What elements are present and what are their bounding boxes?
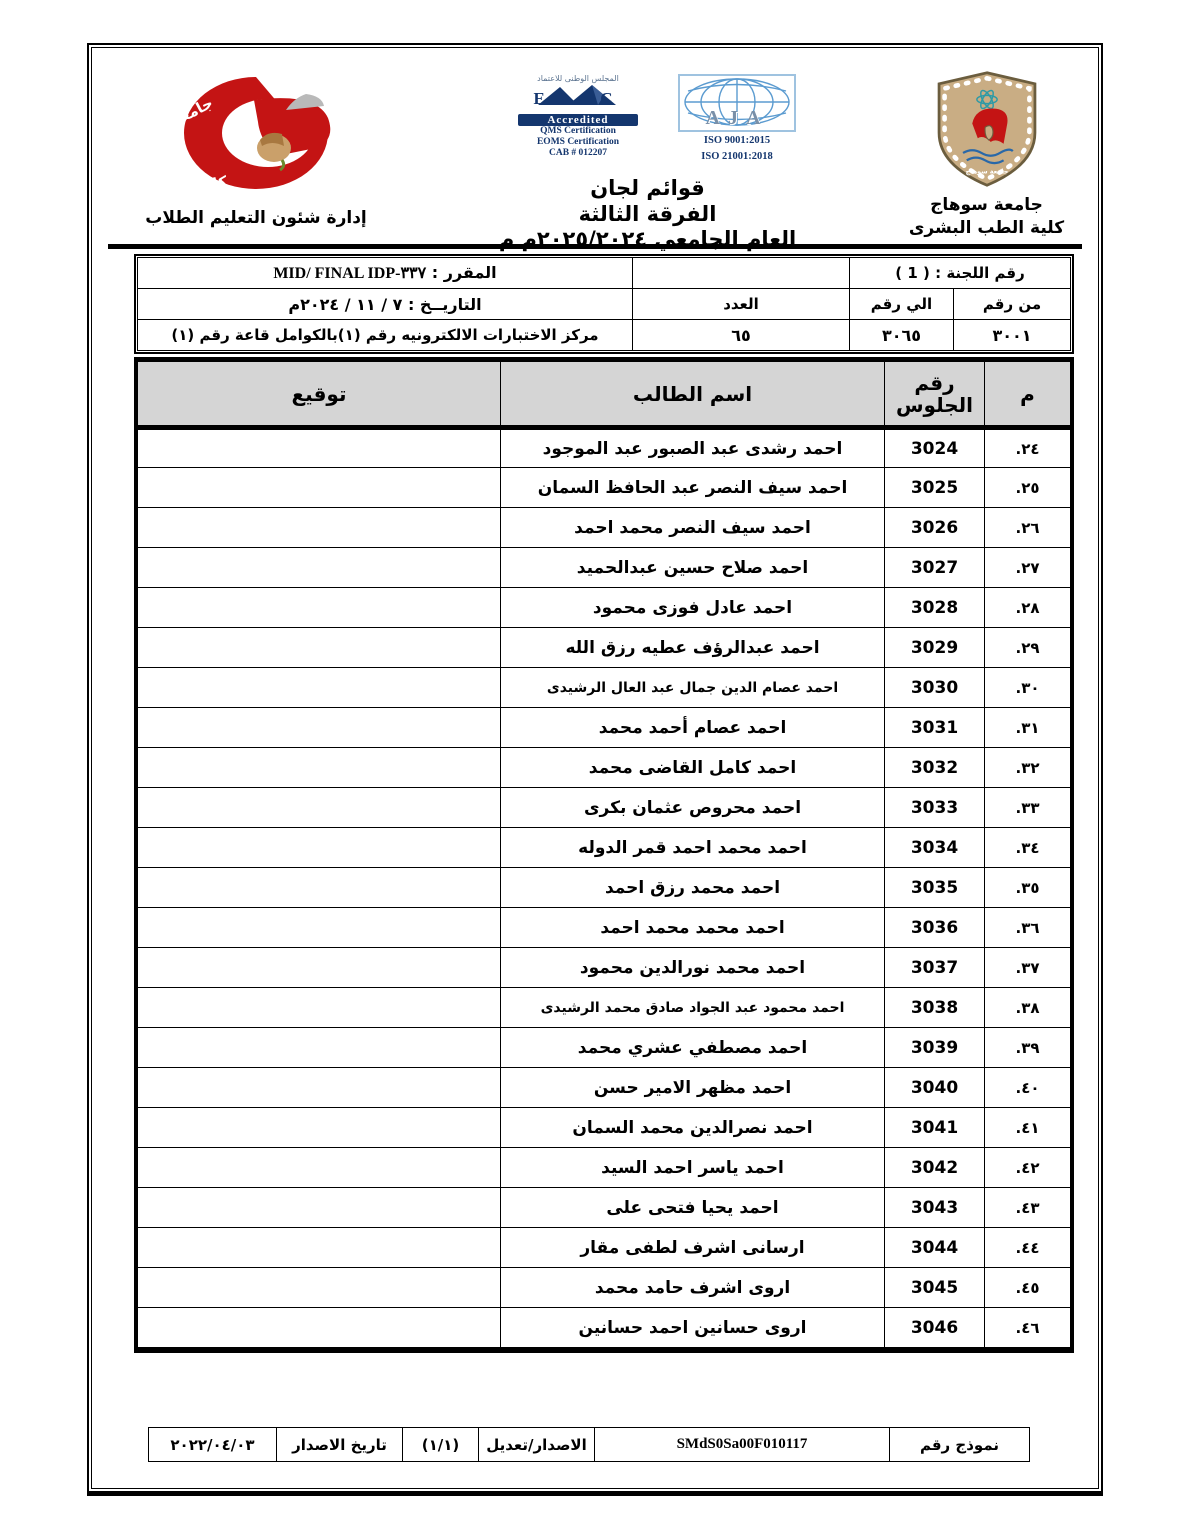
from-number-value: ٣٠٠١ — [954, 320, 1071, 351]
department-block: جامعة سوهاج كلية الطب إدارة شئون التعليم… — [106, 56, 406, 244]
signature-cell — [138, 1188, 501, 1228]
table-row: ٤٦. 3046 اروى حسانين احمد حسانين — [138, 1308, 1071, 1348]
table-row: ٣٣. 3033 احمد محروص عثمان بكرى — [138, 788, 1071, 828]
student-name: احمد محروص عثمان بكرى — [501, 788, 885, 828]
seat-number: 3045 — [885, 1268, 985, 1308]
row-index: ٤٢. — [985, 1148, 1071, 1188]
svg-text:كلية الطب: كلية الطب — [156, 172, 229, 200]
row-index: ٢٧. — [985, 548, 1071, 588]
student-name: احمد ياسر احمد السيد — [501, 1148, 885, 1188]
row-index: ٣٧. — [985, 948, 1071, 988]
issue-date-label: تاريخ الاصدار — [277, 1428, 403, 1462]
certification-logos: المجلس الوطنى للاعتماد EGAC Accredited Q… — [496, 74, 800, 174]
col-header-seat: رقم الجلوس — [885, 362, 985, 428]
exam-location: مركز الاختبارات الالكترونيه رقم (١)بالكو… — [138, 320, 633, 351]
row-index: ٣٠. — [985, 668, 1071, 708]
table-row: ٣١. 3031 احمد عصام أحمد محمد — [138, 708, 1071, 748]
egac-accredited-ribbon: Accredited — [518, 114, 638, 126]
seat-number: 3039 — [885, 1028, 985, 1068]
aja-letters: AJA — [680, 107, 794, 130]
student-name: احمد عصام أحمد محمد — [501, 708, 885, 748]
table-row: ٣٨. 3038 احمد محمود عبد الجواد صادق محمد… — [138, 988, 1071, 1028]
issue-label: الاصدار/تعديل — [479, 1428, 595, 1462]
empty-cell — [633, 258, 850, 289]
seat-number: 3035 — [885, 868, 985, 908]
signature-cell — [138, 1268, 501, 1308]
issue-value: (١/١) — [403, 1428, 479, 1462]
student-name: احمد محمد محمد احمد — [501, 908, 885, 948]
row-index: ٣٣. — [985, 788, 1071, 828]
signature-cell — [138, 1308, 501, 1348]
exam-date: التاريــخ : ٧ / ١١ / ٢٠٢٤م — [138, 289, 633, 320]
course-cell: المقرر : MID/ FINAL IDP-٣٣٧ — [138, 258, 633, 289]
faculty-name: كلية الطب البشرى — [889, 217, 1084, 240]
seat-number: 3033 — [885, 788, 985, 828]
egac-cert-line: CAB # 012207 — [496, 148, 661, 159]
count-value: ٦٥ — [633, 320, 850, 351]
egac-mountains-icon: EGAC — [508, 83, 648, 109]
row-index: ٢٥. — [985, 468, 1071, 508]
student-name: احمد سيف النصر عبد الحافظ السمان — [501, 468, 885, 508]
egac-cert-line: QMS Certification — [496, 126, 661, 137]
form-footer: نموذج رقم SMdS0Sa00F010117 الاصدار/تعديل… — [148, 1427, 1030, 1462]
row-index: ٤١. — [985, 1108, 1071, 1148]
row-index: ٣٥. — [985, 868, 1071, 908]
course-label: المقرر : — [432, 263, 497, 282]
signature-cell — [138, 548, 501, 588]
signature-cell — [138, 468, 501, 508]
document-title: قوائم لجان — [406, 176, 889, 202]
seat-number: 3028 — [885, 588, 985, 628]
signature-cell — [138, 828, 501, 868]
signature-cell — [138, 708, 501, 748]
table-row: ٤٠. 3040 احمد مظهر الامير حسن — [138, 1068, 1071, 1108]
seat-number: 3042 — [885, 1148, 985, 1188]
seat-number: 3024 — [885, 428, 985, 468]
signature-cell — [138, 1108, 501, 1148]
signature-cell — [138, 428, 501, 468]
academic-year-title: العام الجامعي ٢٠٢٥/٢٠٢٤م م — [406, 227, 889, 253]
form-number-code: SMdS0Sa00F010117 — [595, 1428, 890, 1462]
to-number-label: الي رقم — [850, 289, 954, 320]
seat-number: 3026 — [885, 508, 985, 548]
table-row: ٢٦. 3026 احمد سيف النصر محمد احمد — [138, 508, 1071, 548]
signature-cell — [138, 1068, 501, 1108]
col-header-name: اسم الطالب — [501, 362, 885, 428]
row-index: ٣٤. — [985, 828, 1071, 868]
committee-number: رقم اللجنة : ( 1 ) — [850, 258, 1071, 289]
university-shield-icon: جامعة سوهاج — [931, 70, 1043, 188]
svg-text:EGAC: EGAC — [533, 89, 622, 108]
seat-number: 3046 — [885, 1308, 985, 1348]
issue-date-value: ٢٠٢٢/٠٤/٠٣ — [149, 1428, 277, 1462]
table-row: ٢٧. 3027 احمد صلاح حسين عبدالحميد — [138, 548, 1071, 588]
signature-cell — [138, 1148, 501, 1188]
seat-number: 3037 — [885, 948, 985, 988]
count-label: العدد — [633, 289, 850, 320]
student-name: احمد محمد احمد قمر الدوله — [501, 828, 885, 868]
svg-text:جامعة سوهاج: جامعة سوهاج — [965, 167, 1008, 175]
student-name: احمد عادل فوزى محمود — [501, 588, 885, 628]
student-name: احمد سيف النصر محمد احمد — [501, 508, 885, 548]
signature-cell — [138, 908, 501, 948]
seat-number: 3038 — [885, 988, 985, 1028]
signature-cell — [138, 1228, 501, 1268]
signature-cell — [138, 668, 501, 708]
table-row: ٣٥. 3035 احمد محمد رزق احمد — [138, 868, 1071, 908]
egac-logo: المجلس الوطنى للاعتماد EGAC Accredited Q… — [496, 74, 661, 159]
seat-number: 3036 — [885, 908, 985, 948]
department-name: إدارة شئون التعليم الطلاب — [106, 208, 406, 228]
table-row: ٣٤. 3034 احمد محمد احمد قمر الدوله — [138, 828, 1071, 868]
student-name: احمد محمد نورالدين محمود — [501, 948, 885, 988]
row-index: ٤٠. — [985, 1068, 1071, 1108]
student-name: احمد محمود عبد الجواد صادق محمد الرشيدى — [501, 988, 885, 1028]
signature-cell — [138, 1028, 501, 1068]
student-name: احمد نصرالدين محمد السمان — [501, 1108, 885, 1148]
student-name: احمد صلاح حسين عبدالحميد — [501, 548, 885, 588]
from-number-label: من رقم — [954, 289, 1071, 320]
student-name: احمد عبدالرؤف عطيه رزق الله — [501, 628, 885, 668]
aja-iso-line: ISO 21001:2018 — [675, 151, 800, 164]
row-index: ٢٦. — [985, 508, 1071, 548]
signature-cell — [138, 748, 501, 788]
aja-iso-line: ISO 9001:2015 — [675, 135, 800, 148]
header-center: المجلس الوطنى للاعتماد EGAC Accredited Q… — [406, 56, 889, 244]
seat-number: 3043 — [885, 1188, 985, 1228]
student-name: احمد عصام الدين جمال عبد العال الرشيدى — [501, 668, 885, 708]
student-name: احمد كامل القاضى محمد — [501, 748, 885, 788]
row-index: ٣٩. — [985, 1028, 1071, 1068]
faculty-crescent-icon: جامعة سوهاج كلية الطب — [156, 70, 356, 200]
signature-cell — [138, 948, 501, 988]
aja-logo: AJA ISO 9001:2015 ISO 21001:2018 — [675, 74, 800, 163]
student-name: احمد مظهر الامير حسن — [501, 1068, 885, 1108]
row-index: ٣٢. — [985, 748, 1071, 788]
signature-cell — [138, 988, 501, 1028]
table-row: ٤٢. 3042 احمد ياسر احمد السيد — [138, 1148, 1071, 1188]
table-row: ٣٧. 3037 احمد محمد نورالدين محمود — [138, 948, 1071, 988]
row-index: ٣٨. — [985, 988, 1071, 1028]
page-header: جامعة سوهاج جامعة سوهاج كلية الطب البشرى… — [106, 56, 1084, 244]
signature-cell — [138, 628, 501, 668]
student-name: ارسانى اشرف لطفى مقار — [501, 1228, 885, 1268]
seat-number: 3041 — [885, 1108, 985, 1148]
university-block: جامعة سوهاج جامعة سوهاج كلية الطب البشرى — [889, 56, 1084, 244]
table-row: ٢٥. 3025 احمد سيف النصر عبد الحافظ السما… — [138, 468, 1071, 508]
row-index: ٣٦. — [985, 908, 1071, 948]
table-row: ٤١. 3041 احمد نصرالدين محمد السمان — [138, 1108, 1071, 1148]
row-index: ٢٤. — [985, 428, 1071, 468]
student-name: احمد رشدى عبد الصبور عبد الموجود — [501, 428, 885, 468]
egac-cert-line: EOMS Certification — [496, 137, 661, 148]
table-row: ٣٦. 3036 احمد محمد محمد احمد — [138, 908, 1071, 948]
grade-title: الفرقة الثالثة — [406, 202, 889, 228]
student-name: احمد محمد رزق احمد — [501, 868, 885, 908]
form-number-label: نموذج رقم — [890, 1428, 1030, 1462]
student-name: احمد مصطفي عشري محمد — [501, 1028, 885, 1068]
university-name: جامعة سوهاج — [889, 194, 1084, 217]
table-row: ٣٢. 3032 احمد كامل القاضى محمد — [138, 748, 1071, 788]
student-name: اروى اشرف حامد محمد — [501, 1268, 885, 1308]
course-code: MID/ FINAL IDP-٣٣٧ — [273, 265, 426, 282]
seat-number: 3025 — [885, 468, 985, 508]
row-index: ٤٦. — [985, 1308, 1071, 1348]
table-row: ٢٤. 3024 احمد رشدى عبد الصبور عبد الموجو… — [138, 428, 1071, 468]
row-index: ٢٨. — [985, 588, 1071, 628]
signature-cell — [138, 788, 501, 828]
seat-number: 3044 — [885, 1228, 985, 1268]
table-row: ٤٤. 3044 ارسانى اشرف لطفى مقار — [138, 1228, 1071, 1268]
student-name: اروى حسانين احمد حسانين — [501, 1308, 885, 1348]
seat-number: 3027 — [885, 548, 985, 588]
student-name: احمد يحيا فتحى على — [501, 1188, 885, 1228]
row-index: ٢٩. — [985, 628, 1071, 668]
seat-number: 3034 — [885, 828, 985, 868]
table-row: ٢٨. 3028 احمد عادل فوزى محمود — [138, 588, 1071, 628]
table-row: ٤٥. 3045 اروى اشرف حامد محمد — [138, 1268, 1071, 1308]
row-index: ٤٤. — [985, 1228, 1071, 1268]
table-row: ٣٩. 3039 احمد مصطفي عشري محمد — [138, 1028, 1071, 1068]
col-header-signature: توقيع — [138, 362, 501, 428]
seat-number: 3032 — [885, 748, 985, 788]
row-index: ٤٥. — [985, 1268, 1071, 1308]
egac-arabic-text: المجلس الوطنى للاعتماد — [496, 74, 661, 83]
seat-number: 3040 — [885, 1068, 985, 1108]
table-row: ٣٠. 3030 احمد عصام الدين جمال عبد العال … — [138, 668, 1071, 708]
committee-info-table: رقم اللجنة : ( 1 ) المقرر : MID/ FINAL I… — [134, 254, 1074, 354]
document-page: جامعة سوهاج جامعة سوهاج كلية الطب البشرى… — [87, 43, 1103, 1496]
seat-number: 3030 — [885, 668, 985, 708]
seat-number: 3031 — [885, 708, 985, 748]
signature-cell — [138, 868, 501, 908]
col-header-index: م — [985, 362, 1071, 428]
signature-cell — [138, 508, 501, 548]
students-table: م رقم الجلوس اسم الطالب توقيع ٢٤. 3024 ا… — [134, 357, 1074, 1353]
signature-cell — [138, 588, 501, 628]
page-border: جامعة سوهاج جامعة سوهاج كلية الطب البشرى… — [91, 47, 1099, 1489]
row-index: ٣١. — [985, 708, 1071, 748]
row-index: ٤٣. — [985, 1188, 1071, 1228]
table-row: ٤٣. 3043 احمد يحيا فتحى على — [138, 1188, 1071, 1228]
to-number-value: ٣٠٦٥ — [850, 320, 954, 351]
table-row: ٢٩. 3029 احمد عبدالرؤف عطيه رزق الله — [138, 628, 1071, 668]
seat-number: 3029 — [885, 628, 985, 668]
